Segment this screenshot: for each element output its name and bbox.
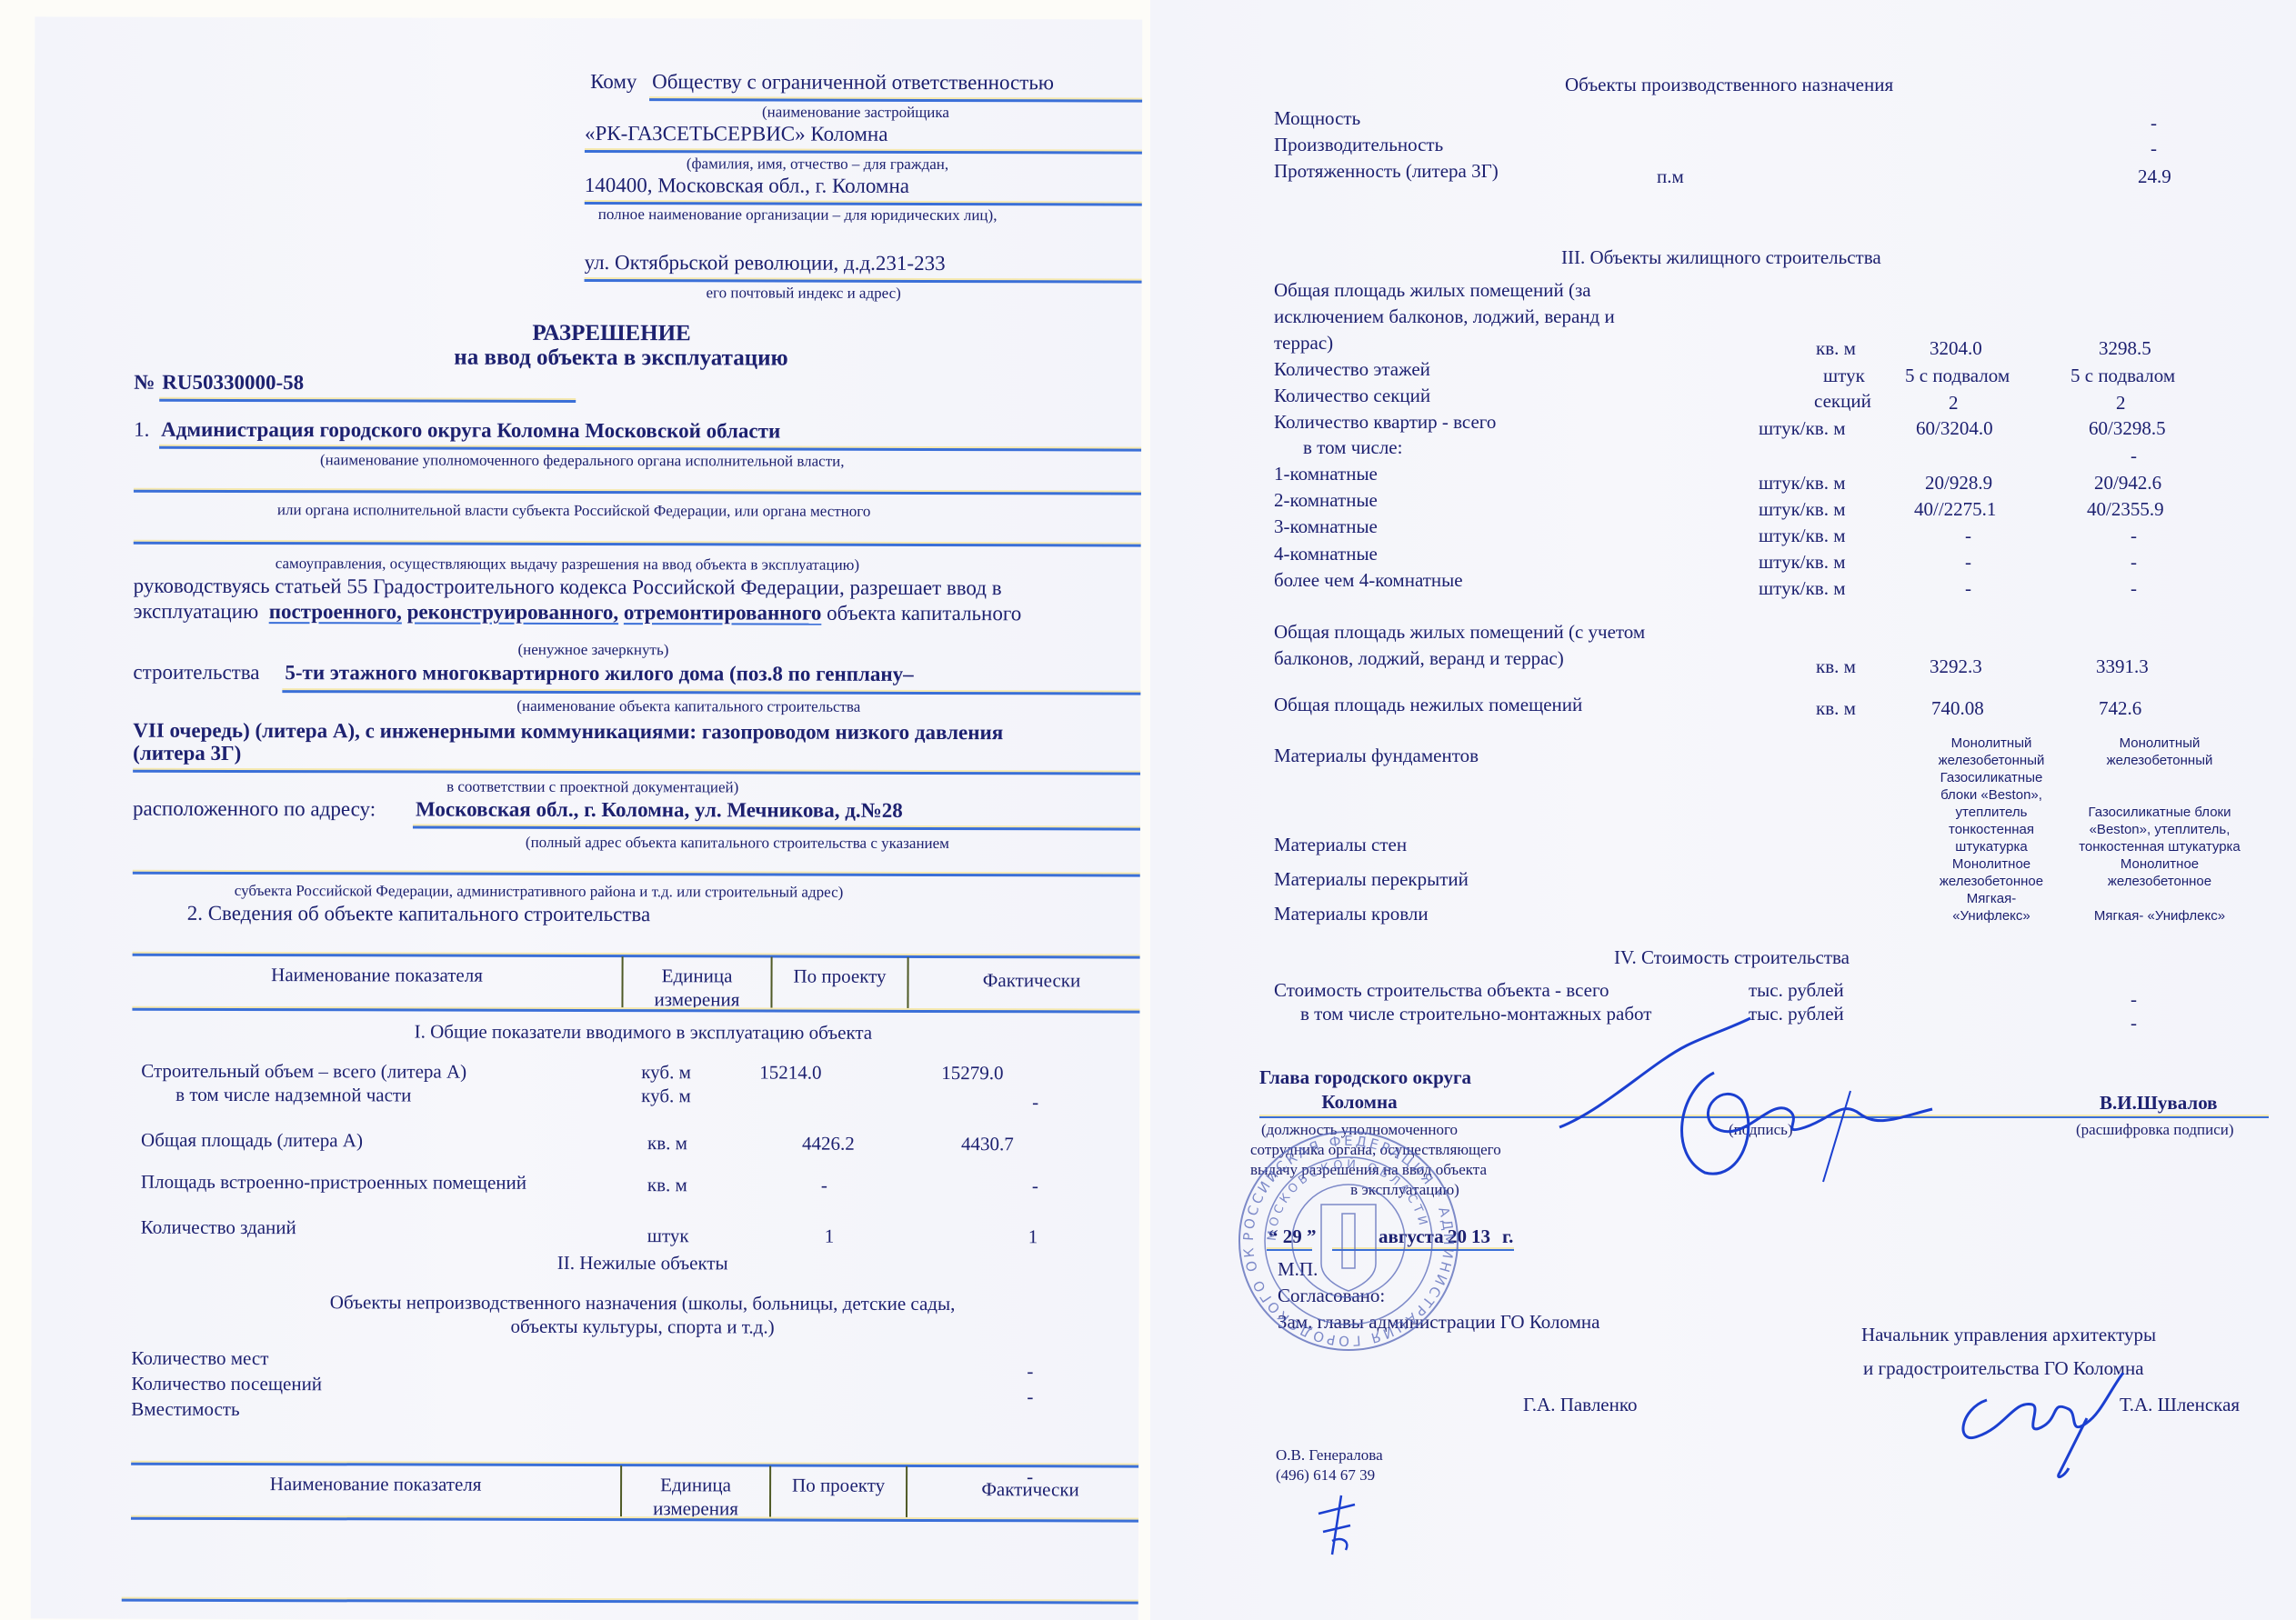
row-unit: п.м bbox=[1657, 165, 1684, 188]
row-actual: - bbox=[2131, 576, 2137, 600]
underline bbox=[1469, 1249, 1495, 1251]
signatory-position-line-1: Глава городского округа bbox=[1259, 1065, 1459, 1089]
table-header-bottom-border bbox=[131, 1517, 1142, 1523]
table-row: Строительный объем – всего (литера А) ку… bbox=[35, 16, 1142, 19]
row-unit: кв. м bbox=[647, 1131, 687, 1155]
address-hint-1: (полный адрес объекта капитального строи… bbox=[526, 833, 949, 854]
row-actual: - bbox=[2131, 444, 2137, 467]
column-header-unit: Единицаизмерения bbox=[623, 964, 770, 1011]
row-project: 40//2275.1 bbox=[1914, 497, 1996, 521]
material-line: Монолитный bbox=[2060, 735, 2260, 752]
row-unit: секций bbox=[1814, 389, 1871, 413]
row-actual: 15279.0 bbox=[941, 1061, 1003, 1085]
authority-hint-2: или органа исполнительной власти субъект… bbox=[277, 500, 871, 522]
body-suffix: объекта капитального bbox=[827, 602, 1021, 625]
row-unit: штук/кв. м bbox=[1759, 497, 1846, 521]
row-name: Строительный объем – всего (литера А) bbox=[141, 1059, 466, 1084]
recipient-hint-4: его почтовый индекс и адрес) bbox=[706, 283, 900, 304]
row-unit: кв. м bbox=[1816, 336, 1856, 360]
signatory-name-hint: (расшифровка подписи) bbox=[2076, 1120, 2234, 1140]
material-line: Мягкая- «Унифлекс» bbox=[2060, 907, 2260, 925]
materials-floors-label: Материалы перекрытий bbox=[1274, 867, 1469, 891]
material-line bbox=[2060, 890, 2260, 907]
row-actual: 24.9 bbox=[2138, 165, 2171, 188]
row-project: - bbox=[1965, 550, 1971, 574]
row-project: 4426.2 bbox=[802, 1132, 855, 1155]
strike-hint: (ненужное зачеркнуть) bbox=[517, 640, 668, 660]
recipient-line-2: «РК-ГАЗСЕТЬСЕРВИС» Коломна bbox=[585, 121, 888, 147]
row-name: Количество квартир - всего bbox=[1274, 410, 1496, 434]
row-project: 2 bbox=[1949, 391, 1959, 415]
materials-walls-label: Материалы стен bbox=[1274, 833, 1407, 856]
section-1-index: 1. bbox=[134, 417, 149, 443]
row-project: 15214.0 bbox=[759, 1060, 821, 1084]
body-prefix: эксплуатацию bbox=[134, 600, 259, 623]
underline bbox=[133, 770, 1140, 775]
table-row: в том числе надземной части куб. м - bbox=[35, 16, 1142, 19]
row-name-line-3: террас) bbox=[1274, 331, 1333, 355]
row-name: 2-комнатные bbox=[1274, 488, 1378, 512]
signatory-position-line-2: Коломна bbox=[1259, 1090, 1459, 1114]
table-row: Количество мест - bbox=[35, 16, 1142, 19]
row-project: 5 с подвалом bbox=[1905, 364, 2010, 387]
row-actual: - bbox=[2131, 987, 2137, 1011]
row-name-line-1: Общая площадь жилых помещений (за bbox=[1274, 278, 1591, 302]
nonproduction-title-line-2: объекты культуры, спорта и т.д.) bbox=[132, 1314, 1143, 1340]
unit-header-line-2: измерения bbox=[653, 1497, 738, 1519]
row-project: 740.08 bbox=[1931, 696, 1984, 720]
row-project: 1 bbox=[825, 1225, 835, 1248]
object-hint: (наименование объекта капитального строи… bbox=[516, 696, 860, 717]
address-prefix: расположенного по адресу: bbox=[133, 796, 376, 823]
row-name: Мощность bbox=[1274, 106, 1360, 130]
official-seal-icon: РОССИЙСКАЯ ФЕДЕРАЦИЯ * АДМИНИСТРАЦИЯ ГОР… bbox=[1235, 1127, 1462, 1355]
recipient-line-1: Обществу с ограниченной ответственностью bbox=[652, 69, 1054, 95]
row-actual: 60/3298.5 bbox=[2089, 416, 2166, 440]
document-subtitle: на ввод объекта в эксплуатацию bbox=[454, 345, 787, 372]
material-line: тонкостенная штукатурка bbox=[2060, 838, 2260, 855]
row-actual: - bbox=[2131, 524, 2137, 547]
row-name: в том числе: bbox=[1303, 435, 1402, 459]
column-header-name: Наименование показателя bbox=[133, 963, 622, 987]
address-hint-2: субъекта Российской Федерации, администр… bbox=[235, 881, 844, 903]
unit-header-line-2: измерения bbox=[655, 988, 740, 1010]
permit-number-label: № bbox=[134, 370, 155, 395]
permit-body-line-2: эксплуатацию построенного, реконструиров… bbox=[134, 599, 1143, 627]
signatory-name: В.И.Шувалов bbox=[2100, 1091, 2218, 1115]
table-header-bottom-border bbox=[132, 1008, 1142, 1014]
column-header-project: По проекту bbox=[771, 1474, 906, 1497]
row-name: Количество зданий bbox=[141, 1215, 296, 1239]
material-line: «Унифлекс» bbox=[1910, 907, 2073, 925]
issuing-authority: Администрация городского округа Коломна … bbox=[161, 417, 780, 445]
row-unit: куб. м bbox=[641, 1084, 691, 1107]
material-line bbox=[2060, 786, 2260, 804]
material-line: Газосиликатные блоки bbox=[2060, 804, 2260, 821]
row-name: Протяженность (литера 3Г) bbox=[1274, 159, 1499, 183]
executor-phone: (496) 614 67 39 bbox=[1276, 1465, 1375, 1485]
material-line: железобетонное bbox=[1910, 873, 2073, 890]
material-line: «Beston», утеплитель, bbox=[2060, 821, 2260, 838]
executor-name: О.В. Генералова bbox=[1276, 1445, 1383, 1465]
underline bbox=[134, 542, 1141, 547]
materials-actual-column: Монолитный железобетонный Газосиликатные… bbox=[2060, 735, 2260, 925]
row-name: Общая площадь нежилых помещений bbox=[1274, 693, 1582, 716]
production-title: Объекты производственного назначения bbox=[1565, 73, 1893, 96]
nonproduction-title-line-1: Объекты непроизводственного назначения (… bbox=[132, 1290, 1143, 1316]
row-unit: штук/кв. м bbox=[1759, 576, 1846, 600]
row-unit: кв. м bbox=[1816, 655, 1856, 678]
row-actual: 40/2355.9 bbox=[2087, 497, 2164, 521]
row-name: более чем 4-комнатные bbox=[1274, 568, 1463, 592]
underline bbox=[133, 872, 1140, 877]
row-name-line-2: исключением балконов, лоджий, веранд и bbox=[1274, 305, 1615, 328]
material-line: Монолитное bbox=[2060, 855, 2260, 873]
row-name: Количество мест bbox=[131, 1346, 268, 1370]
deputy-name: Г.А. Павленко bbox=[1523, 1393, 1638, 1416]
column-header-actual: Фактически bbox=[907, 1477, 1142, 1502]
row-project: 3204.0 bbox=[1930, 336, 1982, 360]
group-3-title: III. Объекты жилищного строительства bbox=[1561, 245, 1881, 269]
material-line: Газосиликатные bbox=[1910, 769, 2073, 786]
material-line: тонкостенная bbox=[1910, 821, 2073, 838]
column-header-actual: Фактически bbox=[909, 968, 1143, 993]
object-name-line-1: 5-ти этажного многоквартирного жилого до… bbox=[285, 660, 913, 687]
row-name: Количество этажей bbox=[1274, 357, 1430, 381]
permit-page-2: Объекты производственного назначения Мощ… bbox=[1150, 0, 2296, 1620]
row-project: - bbox=[821, 1174, 827, 1197]
material-line: штукатурка bbox=[1910, 838, 2073, 855]
material-line bbox=[2060, 769, 2260, 786]
date-year-unit: г. bbox=[1502, 1225, 1513, 1248]
row-name: Вместимость bbox=[131, 1397, 239, 1421]
signature-shlenskaya-icon bbox=[1950, 1373, 2132, 1482]
material-line: Монолитный bbox=[1910, 735, 2073, 752]
row-name: Количество посещений bbox=[131, 1372, 322, 1396]
initials-mark-icon bbox=[1314, 1491, 1369, 1564]
row-name: Количество секций bbox=[1274, 384, 1430, 407]
date-year-suffix: 13 bbox=[1471, 1225, 1490, 1248]
option-reconstructed-struck: реконструированного, bbox=[407, 600, 619, 624]
material-line: Мягкая- bbox=[1910, 890, 2073, 907]
row-project: 60/3204.0 bbox=[1916, 416, 1993, 440]
row-project: - bbox=[1965, 576, 1971, 600]
table-header-top-border bbox=[133, 954, 1143, 959]
architecture-head-name: Т.А. Шленская bbox=[2120, 1393, 2240, 1416]
row-actual: 20/942.6 bbox=[2094, 471, 2161, 495]
material-line: утеплитель bbox=[1910, 804, 2073, 821]
row-actual: - bbox=[2151, 111, 2157, 135]
group-1-title: I. Общие показатели вводимого в эксплуат… bbox=[132, 1019, 1142, 1045]
page-bottom-rule bbox=[122, 1599, 1143, 1605]
table-row: Общая площадь (литера А) кв. м 4426.2 44… bbox=[35, 16, 1142, 19]
row-actual: - bbox=[1027, 1385, 1033, 1408]
document-title: РАЗРЕШЕНИЕ bbox=[532, 321, 690, 346]
row-name: 3-комнатные bbox=[1274, 515, 1378, 538]
row-name: Общая площадь (литера А) bbox=[141, 1128, 363, 1153]
permit-page-1: Кому Обществу с ограниченной ответственн… bbox=[31, 16, 1143, 1620]
material-line: железобетонный bbox=[1910, 752, 2073, 769]
row-unit: кв. м bbox=[1816, 696, 1856, 720]
recipient-hint-2: (фамилия, имя, отчество – для граждан, bbox=[687, 154, 948, 175]
row-name-line-1: Общая площадь жилых помещений (с учетом bbox=[1274, 620, 1645, 644]
row-unit: штук/кв. м bbox=[1759, 416, 1846, 440]
row-actual: 1 bbox=[1028, 1225, 1038, 1248]
row-project: 20/928.9 bbox=[1925, 471, 1992, 495]
row-name: Стоимость строительства объекта - всего bbox=[1274, 978, 1609, 1002]
materials-project-column: Монолитный железобетонный Газосиликатные… bbox=[1910, 735, 2073, 925]
materials-roof-label: Материалы кровли bbox=[1274, 902, 1429, 925]
project-hint: в соответствии с проектной документацией… bbox=[446, 777, 738, 798]
option-built: построенного, bbox=[269, 600, 402, 623]
row-name-line-2: балконов, лоджий, веранд и террас) bbox=[1274, 646, 1564, 670]
recipient-line-3: 140400, Московская обл., г. Коломна bbox=[585, 173, 909, 199]
object-name-line-3: (литера 3Г) bbox=[133, 741, 241, 766]
recipient-line-4: ул. Октябрьской революции, д.д.231-233 bbox=[585, 250, 946, 276]
authority-hint-3: самоуправления, осуществляющих выдачу ра… bbox=[276, 554, 859, 575]
signature-shuvalov-icon bbox=[1550, 1009, 1950, 1191]
row-name: 1-комнатные bbox=[1274, 462, 1378, 485]
object-prefix: строительства bbox=[133, 660, 259, 685]
material-line: железобетонный bbox=[2060, 752, 2260, 769]
permit-body-line-1: руководствуясь статьей 55 Градостроитель… bbox=[134, 574, 1002, 602]
row-project: - bbox=[1965, 524, 1971, 547]
row-unit: штук bbox=[647, 1224, 689, 1247]
materials-foundation-label: Материалы фундаментов bbox=[1274, 744, 1479, 767]
row-name: Площадь встроенно-пристроенных помещений bbox=[141, 1170, 526, 1195]
row-actual: 2 bbox=[2116, 391, 2126, 415]
authority-hint-1: (наименование уполномоченного федерально… bbox=[320, 450, 845, 472]
row-project: 3292.3 bbox=[1930, 655, 1982, 678]
table-row: Количество посещений - bbox=[35, 16, 1142, 19]
row-actual: - bbox=[1032, 1090, 1038, 1114]
table-row: Количество зданий штук 1 1 bbox=[35, 16, 1142, 19]
table-header-top-border bbox=[131, 1463, 1142, 1468]
underline bbox=[134, 490, 1142, 495]
row-unit: штук/кв. м bbox=[1759, 471, 1846, 495]
row-actual: 3298.5 bbox=[2099, 336, 2151, 360]
row-actual: - bbox=[1027, 1359, 1033, 1383]
row-unit: штук bbox=[1823, 364, 1865, 387]
object-name-line-2: VII очередь) (литера А), с инженерными к… bbox=[133, 718, 1003, 746]
unit-header-line-1: Единица bbox=[660, 1474, 731, 1495]
row-actual: - bbox=[2131, 550, 2137, 574]
underline bbox=[282, 690, 1142, 695]
row-unit: куб. м bbox=[641, 1060, 691, 1084]
row-actual: 5 с подвалом bbox=[2070, 364, 2175, 387]
row-unit: штук/кв. м bbox=[1759, 550, 1846, 574]
material-line: блоки «Beston», bbox=[1910, 786, 2073, 804]
row-name: 4-комнатные bbox=[1274, 542, 1378, 565]
underline bbox=[159, 399, 576, 403]
row-actual: 3391.3 bbox=[2096, 655, 2149, 678]
row-name: в том числе надземной части bbox=[175, 1083, 411, 1107]
row-actual: 742.6 bbox=[2099, 696, 2141, 720]
row-actual: - bbox=[2151, 136, 2157, 160]
row-unit: тыс. рублей bbox=[1749, 978, 1844, 1002]
row-actual: - bbox=[2131, 1011, 2137, 1035]
table-row: Вместимость - bbox=[35, 16, 1142, 19]
row-name: Производительность bbox=[1274, 133, 1443, 156]
material-line: железобетонное bbox=[2060, 873, 2260, 890]
column-header-project: По проекту bbox=[773, 965, 907, 988]
option-repaired-struck: отремонтированного bbox=[624, 601, 822, 625]
column-header-unit: Единицаизмерения bbox=[622, 1473, 769, 1520]
column-header-name: Наименование показателя bbox=[131, 1472, 620, 1496]
recipient-hint-1: (наименование застройщика bbox=[762, 103, 949, 124]
table-row: Площадь встроенно-пристроенных помещений… bbox=[35, 16, 1142, 19]
underline bbox=[413, 825, 1142, 830]
object-address: Московская обл., г. Коломна, ул. Мечнико… bbox=[416, 797, 903, 824]
material-line: Монолитное bbox=[1910, 855, 2073, 873]
recipient-hint-3: полное наименование организации – для юр… bbox=[598, 205, 998, 225]
row-actual: 4430.7 bbox=[961, 1132, 1014, 1155]
row-unit: кв. м bbox=[647, 1173, 687, 1196]
permit-number: RU50330000-58 bbox=[162, 370, 304, 395]
section-2-title: 2. Сведения об объекте капитального стро… bbox=[187, 901, 651, 927]
architecture-head-title-line-1: Начальник управления архитектуры bbox=[1861, 1323, 2156, 1346]
unit-header-line-1: Единица bbox=[662, 965, 733, 986]
row-actual: - bbox=[1032, 1174, 1038, 1197]
row-unit: штук/кв. м bbox=[1759, 524, 1846, 547]
recipient-label: Кому bbox=[590, 69, 637, 95]
group-2-title: II. Нежилые объекты bbox=[132, 1250, 1143, 1276]
group-4-title: IV. Стоимость строительства bbox=[1614, 945, 1850, 969]
